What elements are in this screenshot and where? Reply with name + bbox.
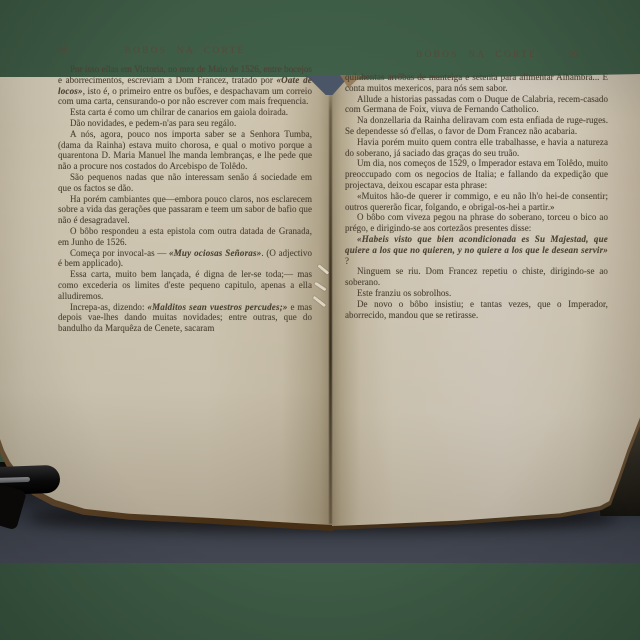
paragraph: Increpa-as, dizendo: «Malditos sean vues… — [58, 302, 312, 334]
paragraph: A nós, agora, pouco nos importa saber se… — [58, 129, 312, 172]
paragraph: Ha porém cambiantes que—embora pouco cla… — [58, 194, 312, 226]
right-page-number: 99 — [569, 50, 579, 60]
paragraph: Por isso ellas em Victoria, no mez de Ma… — [58, 64, 312, 107]
paragraph: São pequenos nadas que não interessam se… — [58, 172, 312, 194]
right-page-text: quinhentas arrôbas de manteiga e setenta… — [345, 72, 608, 320]
paragraph: Ninguem se riu. Dom Francez repetiu o ch… — [345, 266, 608, 288]
paragraph: Este franziu os sobrolhos. — [345, 288, 608, 299]
left-page-number: 98 — [58, 46, 68, 56]
left-running-title: BOBOS NA CORTE — [58, 46, 312, 56]
black-clip-slot — [0, 477, 30, 483]
right-page-header: BOBOS NA CORTE 99 — [345, 50, 608, 62]
paragraph: «Habeis visto que bien acondicionada es … — [345, 234, 608, 266]
paragraph: Um dia, nos começos de 1529, o Imperador… — [345, 158, 608, 190]
paragraph: Essa carta, muito bem lançada, é digna d… — [58, 269, 312, 301]
paragraph: O bôbo respondeu a esta epistola com out… — [58, 226, 312, 248]
book-gutter — [329, 86, 332, 524]
paragraph: Allude a historias passadas com o Duque … — [345, 94, 608, 116]
paragraph: Na donzellaria da Rainha deliravam com e… — [345, 115, 608, 137]
book-photo: 98 BOBOS NA CORTE Por isso ellas em Vict… — [0, 0, 640, 640]
paragraph: Havia porém muito quem contra elle traba… — [345, 137, 608, 159]
left-page-text: Por isso ellas em Victoria, no mez de Ma… — [58, 64, 312, 334]
paragraph: Dão novidades, e pedem-n'as para seu reg… — [58, 118, 312, 129]
paragraph: O bôbo com viveza pegou na phrase do sob… — [345, 212, 608, 234]
paragraph: «Muitos hão-de querer ir commigo, e eu n… — [345, 191, 608, 213]
paragraph: Começa por invocal-as — «Muy ociosas Señ… — [58, 248, 312, 270]
paragraph: De novo o bôbo insistiu; e tantas vezes,… — [345, 299, 608, 321]
paragraph: Esta carta é como um chilrar de canarios… — [58, 107, 312, 118]
left-page-header: 98 BOBOS NA CORTE — [58, 46, 312, 58]
paragraph: quinhentas arrôbas de manteiga e setenta… — [345, 72, 608, 94]
